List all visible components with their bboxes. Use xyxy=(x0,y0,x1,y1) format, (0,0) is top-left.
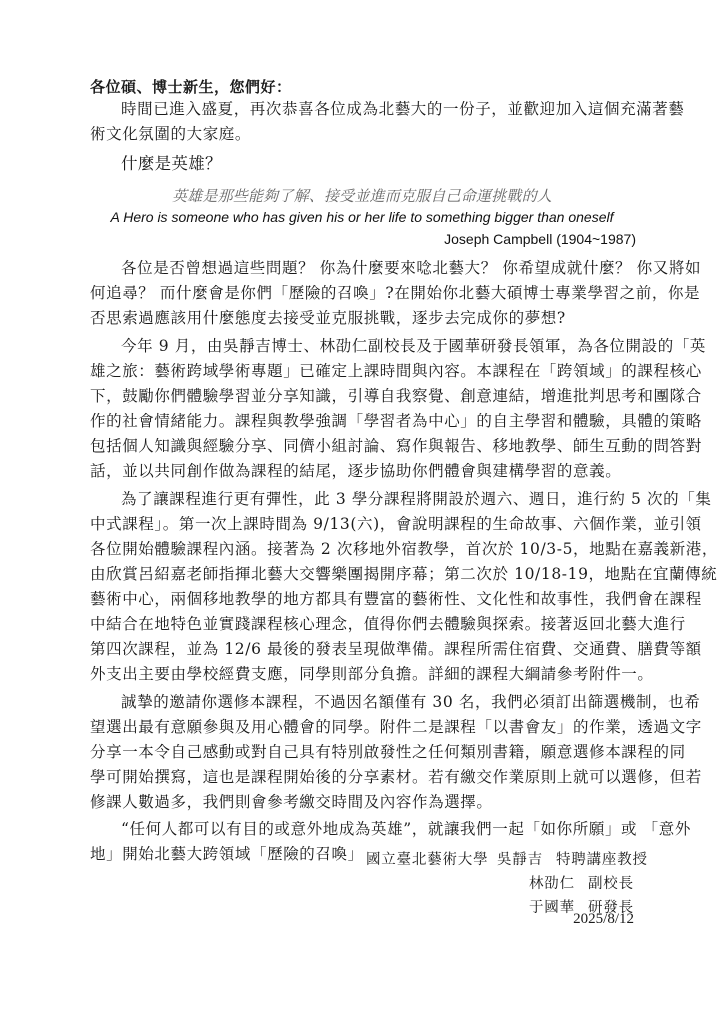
paragraph3-line: 藝術中心，兩個移地教學的地方都具有豐富的藝術性、文化性和故事性，我們會在課程 xyxy=(90,589,638,609)
paragraph3-line: 中式課程」。第一次上課時間為 9/13(六)，會說明課程的生命故事、六個作業，並… xyxy=(90,514,638,534)
greeting: 各位碩、博士新生，您們好： xyxy=(90,76,292,97)
letter-date: 2025/8/12 xyxy=(573,911,634,928)
signer-name: 于國華 xyxy=(529,896,575,917)
paragraph2-line: 話，並以共同創作做為課程的結尾，逐步協助你們體會與建構學習的意義。 xyxy=(90,461,638,481)
letter-page: 各位碩、博士新生，您們好： 時間已進入盛夏，再次恭喜各位成為北藝大的一份子，並歡… xyxy=(0,0,724,1024)
paragraph4-line: 修課人數過多，我們則會參考繳交時間及內容作為選擇。 xyxy=(90,792,638,812)
quote-chinese: 英雄是那些能夠了解、接受並進而克服自己命運挑戰的人 xyxy=(0,185,724,206)
quote-english: A Hero is someone who has given his or h… xyxy=(0,209,724,225)
paragraph4-line: 誠摯的邀請你選修本課程，不過因名額僅有 30 名，我們必須訂出篩選機制，也希 xyxy=(121,692,638,712)
paragraph5-line: “任何人都可以有目的或意外地成為英雄”，就讓我們一起「如你所願」或 「意外 xyxy=(121,819,638,839)
signer-title: 特聘講座教授 xyxy=(556,848,648,869)
paragraph2-line: 下，鼓勵你們體驗學習並分享知識，引導自我察覺、創意連結，增進批判思考和團隊合 xyxy=(90,386,638,406)
paragraph1-line: 何追尋？ 而什麼會是你們「歷險的召喚」?在開始你北藝大碩博士專業學習之前，你是 xyxy=(90,283,638,303)
paragraph3-line: 第四次課程，並為 12/6 最後的發表呈現做準備。課程所需住宿費、交通費、膳費等… xyxy=(90,639,638,659)
paragraph4-line: 學可開始撰寫，這也是課程開始後的分享素材。若有繳交作業原則上就可以選修，但若 xyxy=(90,767,638,787)
paragraph3-line: 中結合在地特色並實踐課程核心理念，值得你們去體驗與探索。接著返回北藝大進行 xyxy=(90,614,638,634)
intro-line: 時間已進入盛夏，再次恭喜各位成為北藝大的一份子，並歡迎加入這個充滿著藝 xyxy=(121,99,638,119)
paragraph3-line: 為了讓課程進行更有彈性，此 3 學分課程將開設於週六、週日，進行約 5 次的「集 xyxy=(121,489,638,509)
paragraph3-line: 外支出主要由學校經費支應，同學則部分負擔。詳細的課程大綱請參考附件一。 xyxy=(90,664,638,684)
signature-institution: 國立臺北藝術大學 xyxy=(366,848,488,869)
paragraph1-line: 各位是否曾想過這些問題？ 你為什麼要來唸北藝大？ 你希望成就什麼？ 你又將如 xyxy=(121,258,638,278)
paragraph2-line: 今年 9 月，由吳靜吉博士、林劭仁副校長及于國華研發長領軍，為各位開設的「英 xyxy=(121,336,638,356)
signer-title: 副校長 xyxy=(588,872,634,893)
paragraph4-line: 望選出最有意願參與及用心體會的同學。附件二是課程「以書會友」的作業，透過文字 xyxy=(90,717,638,737)
paragraph4-line: 分享一本令自己感動或對自己具有特別啟發性之任何類別書籍，願意選修本課程的同 xyxy=(90,742,638,762)
paragraph2-line: 包括個人知識與經驗分享、同儕小組討論、寫作與報告、移地教學、師生互動的問答對 xyxy=(90,436,638,456)
paragraph3-line: 各位開始體驗課程內涵。接著為 2 次移地外宿教學，首次於 10/3-5，地點在嘉… xyxy=(90,539,638,559)
paragraph3-line: 由欣賞呂紹嘉老師指揮北藝大交響樂團揭開序幕；第二次於 10/18-19，地點在宜… xyxy=(90,564,638,584)
section-heading: 什麼是英雄？ xyxy=(121,150,222,174)
intro-line: 術文化氛圍的大家庭。 xyxy=(90,124,638,144)
signer-name: 林劭仁 xyxy=(529,872,575,893)
paragraph2-line: 作的社會情緒能力。課程與教學強調「學習者為中心」的自主學習和體驗，具體的策略 xyxy=(90,411,638,431)
quote-author: Joseph Campbell (1904~1987) xyxy=(444,231,636,247)
paragraph2-line: 雄之旅：藝術跨域學術專題」已確定上課時間與內容。本課程在「跨領域」的課程核心 xyxy=(90,361,638,381)
paragraph1-line: 否思索過應該用什麼態度去接受並克服挑戰，逐步去完成你的夢想? xyxy=(90,308,638,328)
signer-name: 吳靜吉 xyxy=(497,848,543,869)
